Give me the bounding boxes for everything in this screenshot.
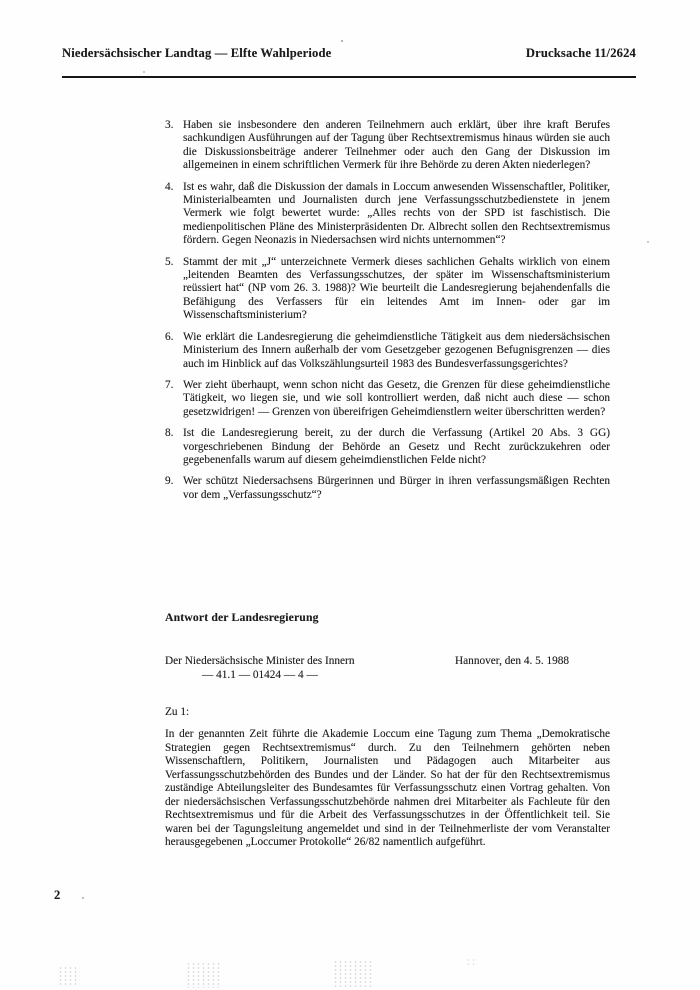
question-item: 9. Wer schützt Niedersachsens Bürgerinne… bbox=[165, 475, 610, 502]
question-text: Stammt der mit „J“ unterzeichnete Vermer… bbox=[183, 256, 610, 322]
question-item: 4. Ist es wahr, daß die Diskussion der d… bbox=[165, 181, 610, 248]
question-text: Ist es wahr, daß die Diskussion der dama… bbox=[183, 181, 610, 247]
sender-block: Der Niedersächsische Minister des Innern… bbox=[165, 655, 354, 682]
answer-body-paragraph: In der genannten Zeit führte die Akademi… bbox=[165, 728, 610, 850]
question-text: Wie erklärt die Landesregierung die gehe… bbox=[183, 331, 610, 370]
question-text: Haben sie insbesondere den anderen Teiln… bbox=[183, 119, 610, 171]
question-text: Wer schützt Niedersachsens Bürgerinnen u… bbox=[183, 475, 610, 500]
drucksache-number: Drucksache 11/2624 bbox=[526, 46, 636, 61]
answer-heading: Antwort der Landesregierung bbox=[165, 611, 319, 624]
header-rule bbox=[62, 76, 636, 78]
header-title: Niedersächsischer Landtag — Elfte Wahlpe… bbox=[62, 46, 331, 61]
question-number: 5. bbox=[165, 256, 173, 269]
scan-smudge bbox=[186, 962, 220, 988]
minister-line: Der Niedersächsische Minister des Innern bbox=[165, 655, 354, 669]
scan-speck bbox=[341, 40, 343, 42]
question-number: 4. bbox=[165, 181, 173, 194]
scan-smudge bbox=[58, 966, 80, 986]
question-item: 8. Ist die Landesregierung bereit, zu de… bbox=[165, 427, 610, 467]
scan-speck bbox=[82, 897, 84, 899]
question-item: 7. Wer zieht überhaupt, wenn schon nicht… bbox=[165, 379, 610, 419]
scan-smudge bbox=[333, 960, 373, 988]
question-number: 7. bbox=[165, 379, 173, 392]
scan-smudge bbox=[466, 958, 478, 966]
document-page: Niedersächsischer Landtag — Elfte Wahlpe… bbox=[0, 0, 700, 990]
page-header: Niedersächsischer Landtag — Elfte Wahlpe… bbox=[62, 46, 636, 61]
question-text: Wer zieht überhaupt, wenn schon nicht da… bbox=[183, 379, 610, 418]
page-number: 2 bbox=[54, 888, 60, 903]
question-text: Ist die Landesregierung bereit, zu der d… bbox=[183, 427, 610, 466]
scan-speck bbox=[647, 241, 649, 243]
question-number: 3. bbox=[165, 119, 173, 132]
reference-line: — 41.1 — 01424 — 4 — bbox=[165, 669, 354, 683]
question-item: 3. Haben sie insbesondere den anderen Te… bbox=[165, 119, 610, 173]
question-list: 3. Haben sie insbesondere den anderen Te… bbox=[165, 119, 610, 510]
question-number: 9. bbox=[165, 475, 173, 488]
question-item: 5. Stammt der mit „J“ unterzeichnete Ver… bbox=[165, 256, 610, 323]
question-number: 6. bbox=[165, 331, 173, 344]
section-heading-zu1: Zu 1: bbox=[165, 706, 189, 718]
question-item: 6. Wie erklärt die Landesregierung die g… bbox=[165, 331, 610, 371]
scan-speck bbox=[143, 71, 145, 73]
dateline: Hannover, den 4. 5. 1988 bbox=[455, 655, 569, 667]
question-number: 8. bbox=[165, 427, 173, 440]
